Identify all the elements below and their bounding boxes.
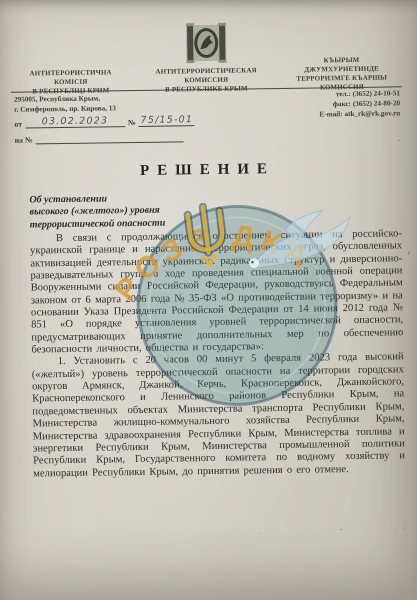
document-title: РЕШЕНИЕ: [0, 159, 416, 182]
org-contacts: тел.: (3652) 24-10-51 факс: (3652) 24-80…: [319, 89, 400, 120]
date-field: 03.02.2023: [25, 115, 125, 128]
document-subject: Об установлении высокого («желтого») уро…: [29, 191, 244, 231]
reference-line: от 03.02.2023 № 75/15-01: [14, 114, 198, 129]
body-paragraph-2: 1. Установить с 20 часов 00 минут 5 февр…: [32, 352, 406, 481]
org-name-russian: АНТИТЕРРОРИСТИЧЕСКАЯ КОМИССИЯ В РЕСПУБЛИ…: [136, 66, 276, 95]
body-paragraph-1: В связи с продолжающимся обострением сит…: [30, 228, 404, 357]
reply-number-field: [36, 131, 184, 144]
document-body: В связи с продолжающимся обострением сит…: [30, 228, 405, 480]
scanned-document-page: АНТИТЕРОРИСТИЧНА КОМІСІЯ В РЕСПУБЛІЦІ КР…: [0, 0, 417, 600]
org-name-ukrainian: АНТИТЕРОРИСТИЧНА КОМІСІЯ В РЕСПУБЛІЦІ КР…: [8, 68, 134, 97]
handwritten-date: 03.02.2023: [42, 115, 109, 127]
number-field: 75/15-01: [139, 114, 195, 127]
reply-label: на №: [15, 135, 33, 144]
from-label: от: [14, 120, 22, 129]
handwritten-number: 75/15-01: [140, 114, 193, 126]
document-content: АНТИТЕРОРИСТИЧНА КОМІСІЯ В РЕСПУБЛІЦІ КР…: [0, 0, 417, 600]
org-address: 295005, Республика Крым, г. Симферополь,…: [14, 94, 116, 115]
number-label: №: [128, 118, 136, 127]
reply-reference-line: на №: [14, 131, 186, 144]
